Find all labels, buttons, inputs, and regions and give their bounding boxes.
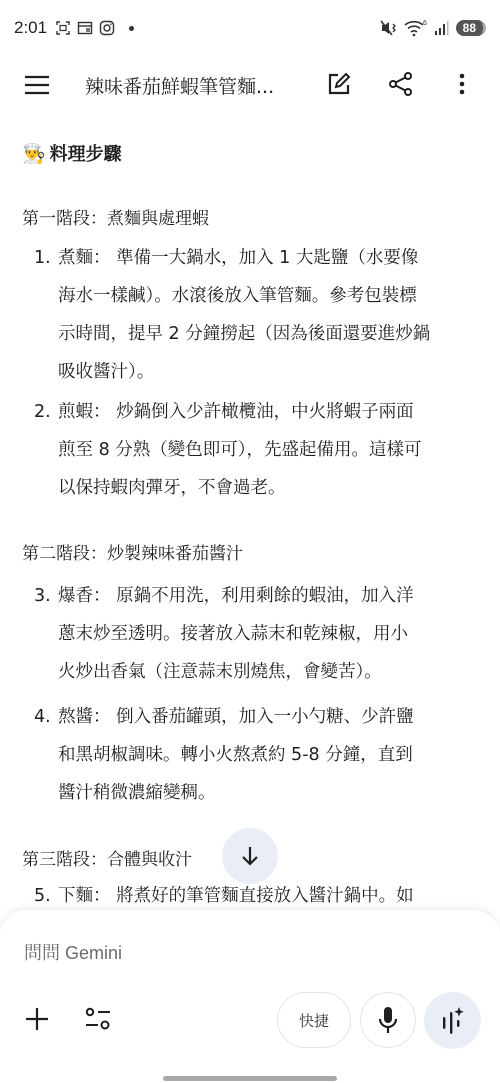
item-line: 海水一樣鹹）。水滾後放入筆管麵。參考包裝標: [58, 277, 478, 315]
tools-icon[interactable]: [84, 1006, 112, 1032]
status-bar: 2:01 6 88: [0, 0, 500, 56]
item-line: 以保持蝦肉彈牙，不會過老。: [58, 469, 478, 507]
microphone-button[interactable]: [360, 992, 416, 1048]
item-line: 爆香： 原鍋不用洗，利用剩餘的蝦油，加入洋: [58, 577, 478, 615]
more-vert-icon[interactable]: [452, 71, 472, 97]
home-indicator[interactable]: [163, 1076, 337, 1081]
heading-text: 料理步驟: [50, 140, 122, 166]
item-label: 爆香：: [58, 586, 111, 606]
item-line: 示時間，提早 2 分鐘撈起（因為後面還要進炒鍋: [58, 315, 478, 353]
item-line: 和黑胡椒調味。轉小火熬煮約 5-8 分鐘，直到: [58, 736, 478, 774]
item-text: 爆香： 原鍋不用洗，利用剩餘的蝦油，加入洋 蔥末炒至透明。接著放入蒜末和乾辣椒，…: [58, 577, 478, 691]
battery-indicator: 88: [456, 20, 486, 36]
section-heading: 👨‍🍳 料理步驟: [22, 140, 122, 166]
item-text: 煎蝦： 炒鍋倒入少許橄欖油，中火將蝦子兩面 煎至 8 分熟（變色即可），先盛起備…: [58, 393, 478, 507]
notification-dot-icon: [129, 26, 134, 31]
conversation-title[interactable]: 辣味番茄鮮蝦筆管麵...: [85, 72, 274, 99]
item-text: 熬醬： 倒入番茄罐頭，加入一小勺糖、少許鹽 和黑胡椒調味。轉小火熬煮約 5-8 …: [58, 698, 478, 812]
mute-vibrate-icon: [380, 20, 398, 36]
stage-title: 第二階段：炒製辣味番茄醬汁: [22, 539, 243, 564]
item-line: 蔥末炒至透明。接著放入蒜末和乾辣椒，用小: [58, 615, 478, 653]
item-label: 煎蝦：: [58, 402, 111, 422]
item-number: 2.: [34, 393, 51, 431]
plus-icon[interactable]: [24, 1006, 50, 1032]
arrow-down-icon: [238, 844, 262, 868]
item-line: 熬醬： 倒入番茄罐頭，加入一小勺糖、少許鹽: [58, 698, 478, 736]
prompt-input[interactable]: [24, 943, 464, 964]
chef-emoji-icon: 👨‍🍳: [22, 142, 46, 165]
item-number: 1.: [34, 239, 51, 277]
item-number: 4.: [34, 698, 51, 736]
item-line: 煮麵： 準備一大鍋水，加入 1 大匙鹽（水要像: [58, 239, 478, 277]
status-left-icons: [55, 20, 134, 36]
item-line: 吸收醬汁）。: [58, 353, 478, 391]
item-label: 下麵：: [58, 886, 111, 906]
app-bar: 辣味番茄鮮蝦筆管麵...: [0, 56, 500, 114]
item-line: 煎至 8 分熟（變色即可），先盛起備用。這樣可: [58, 431, 478, 469]
microphone-icon: [377, 1006, 399, 1034]
wifi-icon: 6: [404, 19, 428, 37]
menu-icon[interactable]: [24, 72, 50, 98]
screenshot-icon: [55, 20, 71, 36]
item-label: 煮麵：: [58, 248, 111, 268]
share-icon[interactable]: [388, 71, 414, 97]
stage-title: 第一階段：煮麵與處理蝦: [22, 204, 209, 229]
item-number: 3.: [34, 577, 51, 615]
status-right-icons: 6 88: [380, 19, 486, 37]
stage-title: 第三階段：合體與收汁: [22, 845, 192, 870]
status-time: 2:01: [14, 18, 47, 38]
shortcut-label: 快捷: [299, 1010, 329, 1031]
gemini-live-button[interactable]: [424, 992, 481, 1049]
scroll-to-bottom-button[interactable]: [222, 828, 278, 884]
prompt-panel: 快捷: [0, 910, 500, 1083]
signal-icon: [434, 20, 450, 36]
item-line: 煎蝦： 炒鍋倒入少許橄欖油，中火將蝦子兩面: [58, 393, 478, 431]
calendar-icon: [77, 20, 93, 36]
item-line: 火炒出香氣（注意蒜末別燒焦，會變苦）。: [58, 653, 478, 691]
edit-icon[interactable]: [326, 71, 352, 97]
svg-text:6: 6: [423, 20, 427, 27]
item-text: 煮麵： 準備一大鍋水，加入 1 大匙鹽（水要像 海水一樣鹹）。水滾後放入筆管麵。…: [58, 239, 478, 391]
shortcut-button[interactable]: 快捷: [277, 992, 351, 1048]
instagram-icon: [99, 20, 115, 36]
gemini-live-icon: [440, 1006, 466, 1036]
item-label: 熬醬：: [58, 707, 111, 727]
item-line: 醬汁稍微濃縮變稠。: [58, 774, 478, 812]
